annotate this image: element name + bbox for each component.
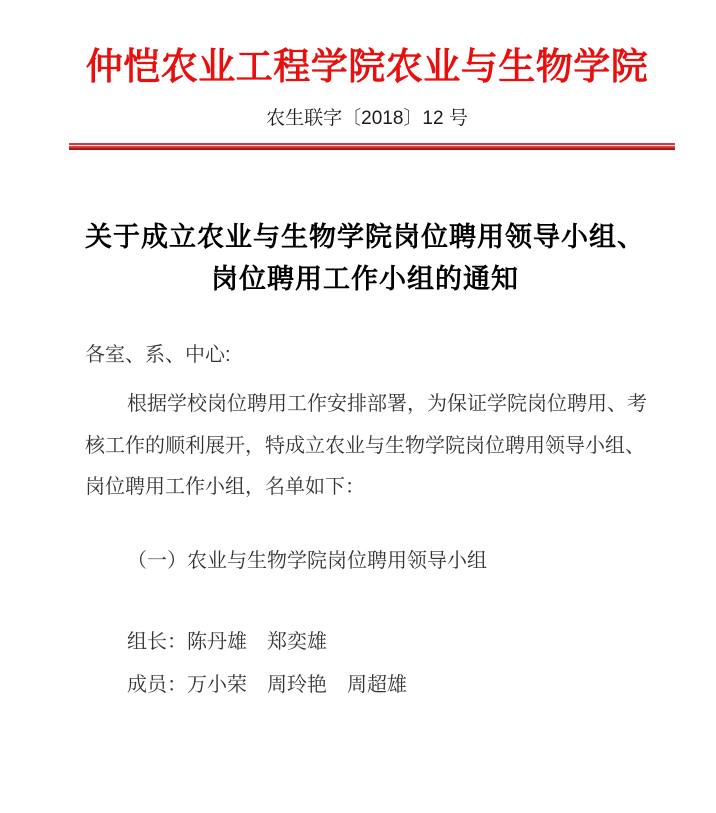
- document-title-line-1: 关于成立农业与生物学院岗位聘用领导小组、: [14, 216, 716, 258]
- salutation-line: 各室、系、中心:: [85, 343, 231, 367]
- document-number: 农生联字〔2018〕12 号: [0, 105, 716, 132]
- header-divider-rule: [69, 143, 675, 150]
- section-1-heading: （一）农业与生物学院岗位聘用领导小组: [127, 548, 487, 574]
- intro-paragraph-line-3: 岗位聘用工作小组，名单如下：: [85, 467, 680, 509]
- header-divider-rule-thick-line: [69, 146, 675, 150]
- document-title: 关于成立农业与生物学院岗位聘用领导小组、 岗位聘用工作小组的通知: [0, 216, 716, 300]
- section-1-member-names: 成员：万小荣 周玲艳 周超雄: [127, 672, 407, 698]
- document-page: 仲恺农业工程学院农业与生物学院 农生联字〔2018〕12 号 关于成立农业与生物…: [0, 0, 716, 813]
- document-title-line-2: 岗位聘用工作小组的通知: [14, 258, 716, 300]
- intro-paragraph-line-1: 根据学校岗位聘用工作安排部署，为保证学院岗位聘用、考: [85, 384, 680, 426]
- section-1-leader-names: 组长：陈丹雄 郑奕雄: [127, 629, 327, 655]
- intro-paragraph: 根据学校岗位聘用工作安排部署，为保证学院岗位聘用、考 核工作的顺利展开，特成立农…: [85, 384, 680, 509]
- intro-paragraph-line-2: 核工作的顺利展开，特成立农业与生物学院岗位聘用领导小组、: [85, 426, 680, 468]
- document-header-org-name: 仲恺农业工程学院农业与生物学院: [0, 46, 716, 90]
